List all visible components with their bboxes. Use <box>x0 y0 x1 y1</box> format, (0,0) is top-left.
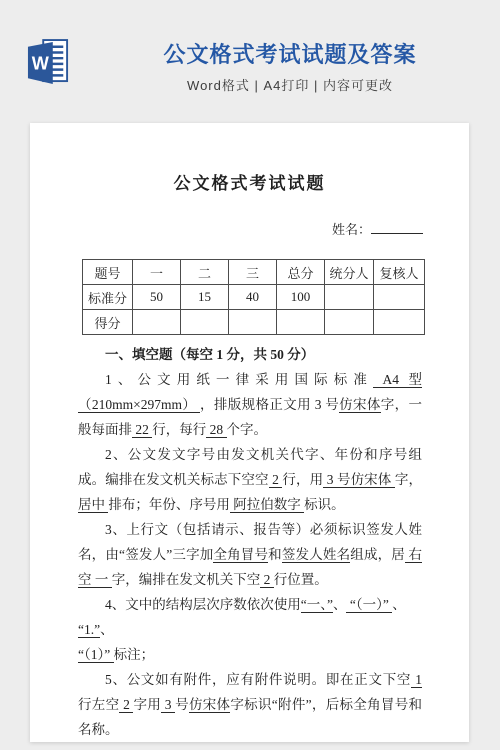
blank-answer: 28 <box>206 422 226 438</box>
table-cell: 15 <box>181 285 229 310</box>
table-cell: 二 <box>181 260 229 285</box>
text-run: 字，编排在发文机关下空 <box>112 572 261 587</box>
table-cell <box>325 310 374 335</box>
text-run: 标注； <box>114 647 155 662</box>
text-run: 5、公文如有附件，应有附件说明。即在正文下空 <box>105 672 411 687</box>
paragraph: 3、上行文（包括请示、报告等）必须标识签发人姓名，由“签发人”三字加全角冒号和签… <box>78 517 422 592</box>
table-cell: 标准分 <box>83 285 133 310</box>
table-row: 得分 <box>83 310 425 335</box>
text-run: 、 <box>333 597 347 612</box>
text-run: 字用 <box>133 697 161 712</box>
blank-answer: 居中 <box>78 497 108 513</box>
score-table: 题号一二三总分统分人复核人标准分501540100得分 <box>82 259 425 335</box>
table-cell: 50 <box>133 285 181 310</box>
table-cell <box>374 310 425 335</box>
text-run: 行左空 <box>78 697 119 712</box>
blank-answer: 签发人姓名 <box>282 547 350 563</box>
text-run: 行位置。 <box>274 572 328 587</box>
table-cell: 总分 <box>277 260 325 285</box>
section-heading: 一、填空题（每空 1 分，共 50 分） <box>78 342 422 367</box>
name-blank <box>371 222 423 234</box>
text-run: 行，每行 <box>152 422 206 437</box>
blank-answer: 2 <box>269 472 283 488</box>
table-row: 题号一二三总分统分人复核人 <box>83 260 425 285</box>
blank-answer: “1.” <box>78 622 100 638</box>
paragraph: 4、文中的结构层次序数依次使用“一、”、 “（一）” 、“1.”、 “（1）” … <box>78 592 422 667</box>
text-run: 1、公文用纸一律采用国际标准 <box>105 372 373 387</box>
paragraph: 2、公文发文字号由发文机关代字、年份和序号组成。编排在发文机关标志下空空 2 行… <box>78 442 422 517</box>
table-cell: 40 <box>229 285 277 310</box>
text-run: 行，用 <box>282 472 323 487</box>
table-cell <box>277 310 325 335</box>
document-body: 一、填空题（每空 1 分，共 50 分） 1、公文用纸一律采用国际标准 A4 型… <box>78 342 422 742</box>
text-run: 组成，居 <box>350 547 405 562</box>
page-title: 公文格式考试试题及答案 <box>90 42 490 68</box>
table-cell: 题号 <box>83 260 133 285</box>
text-run: 和 <box>268 547 282 562</box>
text-run: 个字。 <box>227 422 268 437</box>
blank-answer: 全角冒号 <box>213 547 268 563</box>
paragraph: 5、公文如有附件，应有附件说明。即在正文下空 1 行左空 2 字用 3 号仿宋体… <box>78 667 422 742</box>
table-cell: 统分人 <box>325 260 374 285</box>
table-row: 标准分501540100 <box>83 285 425 310</box>
text-run: 排布；年份、序号用 <box>108 497 230 512</box>
document-title: 公文格式考试试题 <box>30 173 469 195</box>
word-icon: W <box>27 37 69 87</box>
table-cell: 得分 <box>83 310 133 335</box>
header-text: 公文格式考试试题及答案 Word格式 | A4打印 | 内容可更改 <box>90 42 490 94</box>
blank-answer: “（1）” <box>78 647 114 663</box>
blank-answer: 仿宋体 <box>189 697 230 713</box>
blank-answer: 2 <box>260 572 274 588</box>
text-run: ，排版规格正文用 3 号 <box>200 397 339 412</box>
table-cell: 三 <box>229 260 277 285</box>
blank-answer: 仿宋体 <box>339 397 381 413</box>
blank-answer: 阿拉伯数字 <box>230 497 304 513</box>
table-cell: 100 <box>277 285 325 310</box>
word-icon-letter: W <box>32 54 50 74</box>
table-cell <box>374 285 425 310</box>
text-run: 、 <box>100 622 114 637</box>
blank-answer: 22 <box>132 422 152 438</box>
name-line: 姓名： <box>30 219 469 238</box>
text-run: 、 <box>392 597 406 612</box>
table-cell <box>181 310 229 335</box>
table-cell: 复核人 <box>374 260 425 285</box>
blank-answer: “（一）” <box>346 597 392 613</box>
blank-answer: 2 <box>119 697 133 713</box>
blank-answer: 1 <box>411 672 422 688</box>
table-cell <box>325 285 374 310</box>
text-run: 标识。 <box>304 497 345 512</box>
text-run: 号 <box>175 697 189 712</box>
blank-answer: 3 <box>161 697 175 713</box>
paragraph: 1、公文用纸一律采用国际标准 A4 型（210mm×297mm） ，排版规格正文… <box>78 367 422 442</box>
text-run: 4、文中的结构层次序数依次使用 <box>105 597 301 612</box>
blank-answer: “一、” <box>301 597 333 613</box>
page-subtitle: Word格式 | A4打印 | 内容可更改 <box>90 75 490 94</box>
table-cell: 一 <box>133 260 181 285</box>
document-page: 公文格式考试试题 姓名： 题号一二三总分统分人复核人标准分501540100得分… <box>30 123 469 742</box>
table-cell <box>229 310 277 335</box>
name-label: 姓名： <box>332 222 371 237</box>
table-cell <box>133 310 181 335</box>
site-header: W 公文格式考试试题及答案 Word格式 | A4打印 | 内容可更改 <box>0 0 500 123</box>
text-run: 字， <box>395 472 422 487</box>
blank-answer: 3 号仿宋体 <box>323 472 395 488</box>
